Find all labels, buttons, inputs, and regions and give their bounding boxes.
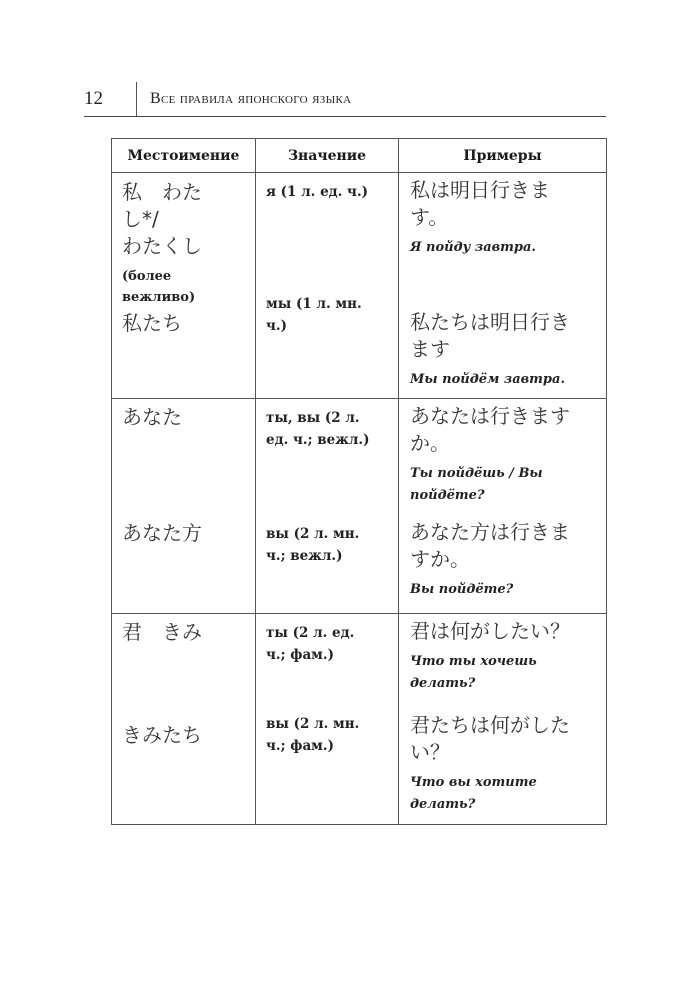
example-translation: делать? [410, 794, 602, 816]
example-translation: делать? [410, 673, 602, 695]
meaning-line: ты (2 л. ед. [266, 622, 392, 644]
example-jp-line: 私たちは明日行き [410, 309, 602, 336]
meaning-line: ты, вы (2 л. [266, 407, 392, 429]
example-jp-line: ます [410, 336, 602, 363]
examples-cell: 君は何がしたい？ Что ты хочешь делать? 君たちは何がした … [399, 614, 607, 825]
examples-cell: 私は明日行きま す。 Я пойду завтра. 私たちは明日行き ます М… [399, 173, 607, 399]
header-rule [84, 116, 606, 117]
examples-cell: あなたは行きます か。 Ты пойдёшь / Вы пойдёте? あなた… [399, 399, 607, 614]
pronoun-cell: 君 きみ きみたち [112, 614, 256, 825]
running-title: Все правила японского языка [150, 90, 351, 108]
meaning-line: мы (1 л. мн. [266, 293, 392, 315]
example-jp-line: か。 [410, 430, 602, 457]
note-line: вежливо) [122, 287, 249, 308]
column-header-pronoun: Местоимение [112, 139, 256, 173]
pronoun-line: わたくし [122, 233, 249, 260]
example-translation: Я пойду завтра. [410, 237, 602, 259]
table-row: 君 きみ きみたち ты (2 л. ед. ч.; фам.) вы (2 л… [112, 614, 607, 825]
meaning-line: ед. ч.; вежл.) [266, 429, 392, 451]
meaning-line: ч.; фам.) [266, 735, 392, 757]
pronoun-line: 私たち [122, 310, 249, 337]
meaning-line: вы (2 л. мн. [266, 713, 392, 735]
pronoun-cell: あなた あなた方 [112, 399, 256, 614]
pronoun-line: 君 きみ [122, 619, 249, 646]
pronoun-line: 私 わた [122, 179, 249, 206]
example-translation: Вы пойдёте? [410, 579, 602, 601]
meaning-cell: ты, вы (2 л. ед. ч.; вежл.) вы (2 л. мн.… [256, 399, 399, 614]
column-header-meaning: Значение [256, 139, 399, 173]
example-jp-line: すか。 [410, 546, 602, 573]
example-jp-line: 私は明日行きま [410, 177, 602, 204]
meaning-line: вы (2 л. мн. [266, 523, 392, 545]
pronoun-cell: 私 わた し*/ わたくし (более вежливо) 私たち [112, 173, 256, 399]
example-jp-line: あなたは行きます [410, 403, 602, 430]
example-translation: Ты пойдёшь / Вы [410, 463, 602, 485]
pronoun-line: あなた方 [122, 520, 249, 547]
pronoun-line: し*/ [122, 206, 249, 233]
page-number: 12 [84, 88, 103, 110]
meaning-line: ч.) [266, 315, 392, 337]
meaning-line: ч.; вежл.) [266, 545, 392, 567]
header-separator [136, 82, 137, 116]
example-jp-line: あなた方は行きま [410, 519, 602, 546]
meaning-cell: я (1 л. ед. ч.) мы (1 л. мн. ч.) [256, 173, 399, 399]
meaning-cell: ты (2 л. ед. ч.; фам.) вы (2 л. мн. ч.; … [256, 614, 399, 825]
example-jp-line: す。 [410, 204, 602, 231]
table-row: 私 わた し*/ わたくし (более вежливо) 私たち я (1 л… [112, 173, 607, 399]
table-header-row: Местоимение Значение Примеры [112, 139, 607, 173]
column-header-examples: Примеры [399, 139, 607, 173]
example-jp-line: 君は何がしたい？ [410, 618, 602, 645]
example-translation: пойдёте? [410, 485, 602, 507]
meaning-line: ч.; фам.) [266, 644, 392, 666]
example-translation: Что ты хочешь [410, 651, 602, 673]
meaning-line: я (1 л. ед. ч.) [266, 181, 392, 203]
pronoun-line: あなた [122, 404, 249, 431]
note-line: (более [122, 266, 249, 287]
table-row: あなた あなた方 ты, вы (2 л. ед. ч.; вежл.) вы … [112, 399, 607, 614]
example-jp-line: 君たちは何がした [410, 712, 602, 739]
example-jp-line: い？ [410, 739, 602, 766]
example-translation: Что вы хотите [410, 772, 602, 794]
pronoun-line: きみたち [122, 722, 249, 749]
example-translation: Мы пойдём завтра. [410, 369, 602, 391]
pronoun-table: Местоимение Значение Примеры 私 わた し*/ わた… [111, 138, 607, 825]
